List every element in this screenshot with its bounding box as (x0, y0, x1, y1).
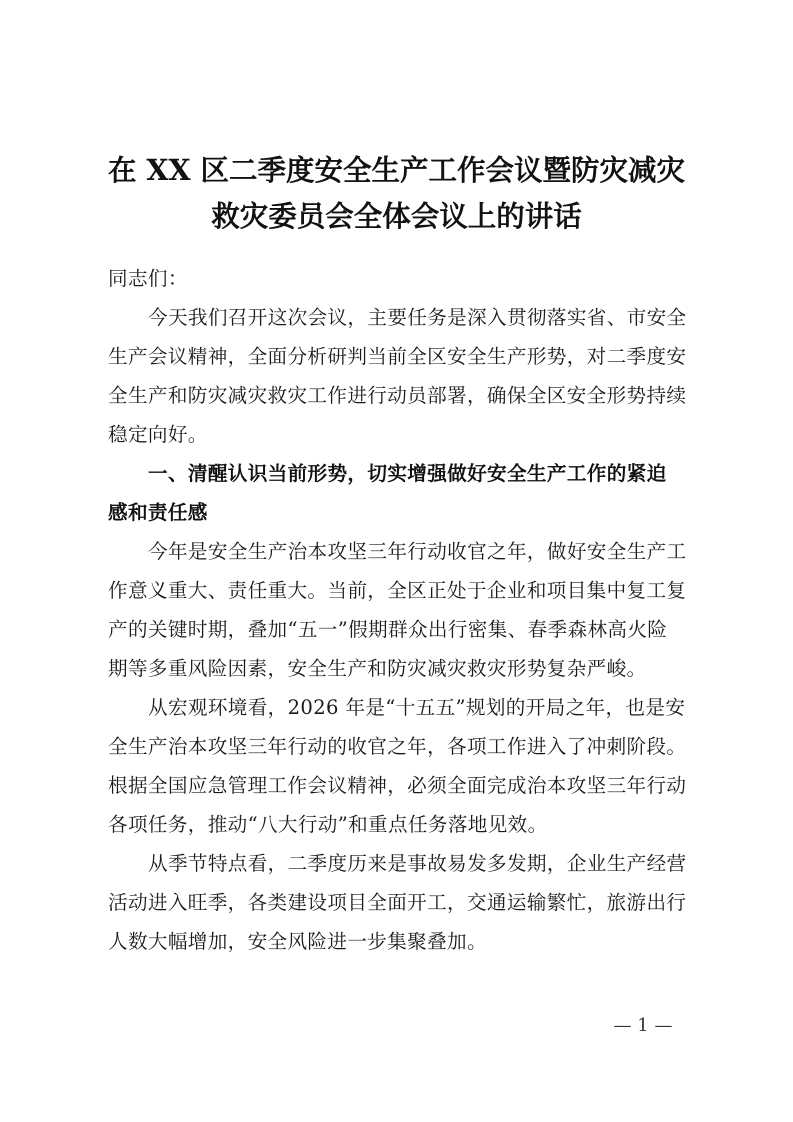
paragraph-3-line-1: 从宏观环境看，2026 年是“十五五”规划的开局之年，也是安 (148, 694, 690, 722)
paragraph-4-line-2: 活动进入旺季，各类建设项目全面开工，交通运输繁忙，旅游出行 (108, 889, 690, 917)
document-title-line-2: 救灾委员会全体会议上的讲话 (0, 188, 793, 244)
paragraph-3-line-3: 根据全国应急管理工作会议精神，必须全面完成治本攻坚三年行动 (108, 772, 690, 800)
paragraph-2-line-2: 作意义重大、责任重大。当前，全区正处于企业和项目集中复工复 (108, 577, 690, 605)
paragraph-4-line-1: 从季节特点看，二季度历来是事故易发多发期，企业生产经营 (148, 850, 690, 878)
paragraph-3-line-4: 各项任务，推动“八大行动”和重点任务落地见效。 (108, 811, 690, 839)
page-number: — 1 — (608, 1014, 678, 1038)
paragraph-3-line-2: 全生产治本攻坚三年行动的收官之年，各项工作进入了冲刺阶段。 (108, 733, 690, 761)
paragraph-1-line-4: 稳定向好。 (108, 421, 690, 449)
salutation: 同志们： (108, 265, 690, 293)
paragraph-2-line-1: 今年是安全生产治本攻坚三年行动收官之年，做好安全生产工 (148, 538, 690, 566)
paragraph-1-line-2: 生产会议精神，全面分析研判当前全区安全生产形势，对二季度安 (108, 343, 690, 371)
paragraph-4-line-3: 人数大幅增加，安全风险进一步集聚叠加。 (108, 928, 690, 956)
document-page: 在 XX 区二季度安全生产工作会议暨防灾减灾 救灾委员会全体会议上的讲话 同志们… (0, 0, 793, 1122)
section-heading-1-line-1: 一、清醒认识当前形势，切实增强做好安全生产工作的紧迫 (148, 460, 690, 488)
paragraph-1-line-3: 全生产和防灾减灾救灾工作进行动员部署，确保全区安全形势持续 (108, 382, 690, 410)
paragraph-2-line-3: 产的关键时期，叠加“五一”假期群众出行密集、春季森林高火险 (108, 616, 690, 644)
paragraph-2-line-4: 期等多重风险因素，安全生产和防灾减灾救灾形势复杂严峻。 (108, 655, 690, 683)
section-heading-1-line-2: 感和责任感 (108, 499, 690, 527)
paragraph-1-line-1: 今天我们召开这次会议，主要任务是深入贯彻落实省、市安全 (148, 304, 690, 332)
